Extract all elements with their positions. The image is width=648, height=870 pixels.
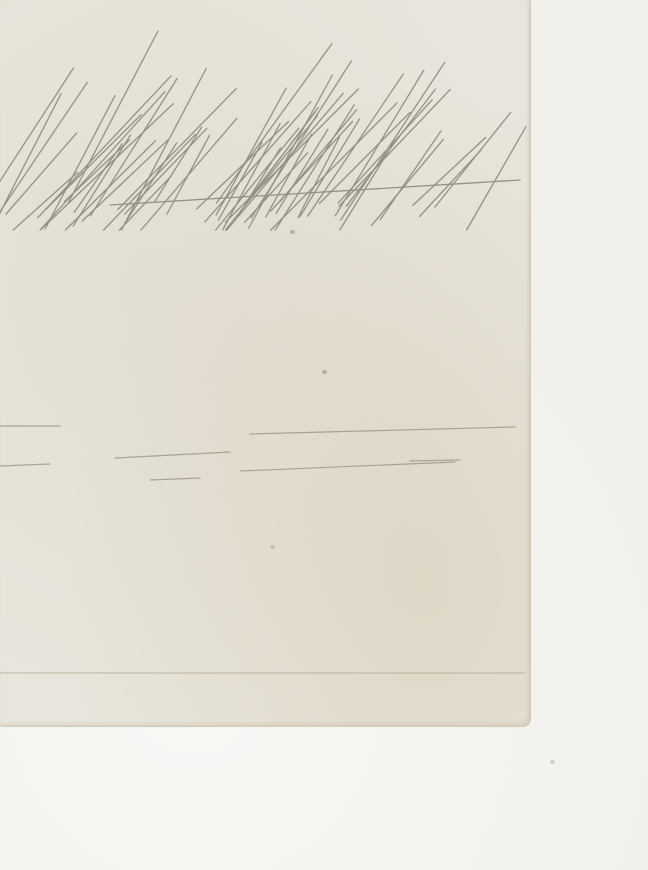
paper-speck xyxy=(270,545,275,549)
paper-speck xyxy=(290,230,295,234)
paper-speck xyxy=(322,370,327,374)
paper-sheet xyxy=(0,0,648,870)
etched-lines xyxy=(0,0,648,870)
paper-speck xyxy=(550,760,555,764)
